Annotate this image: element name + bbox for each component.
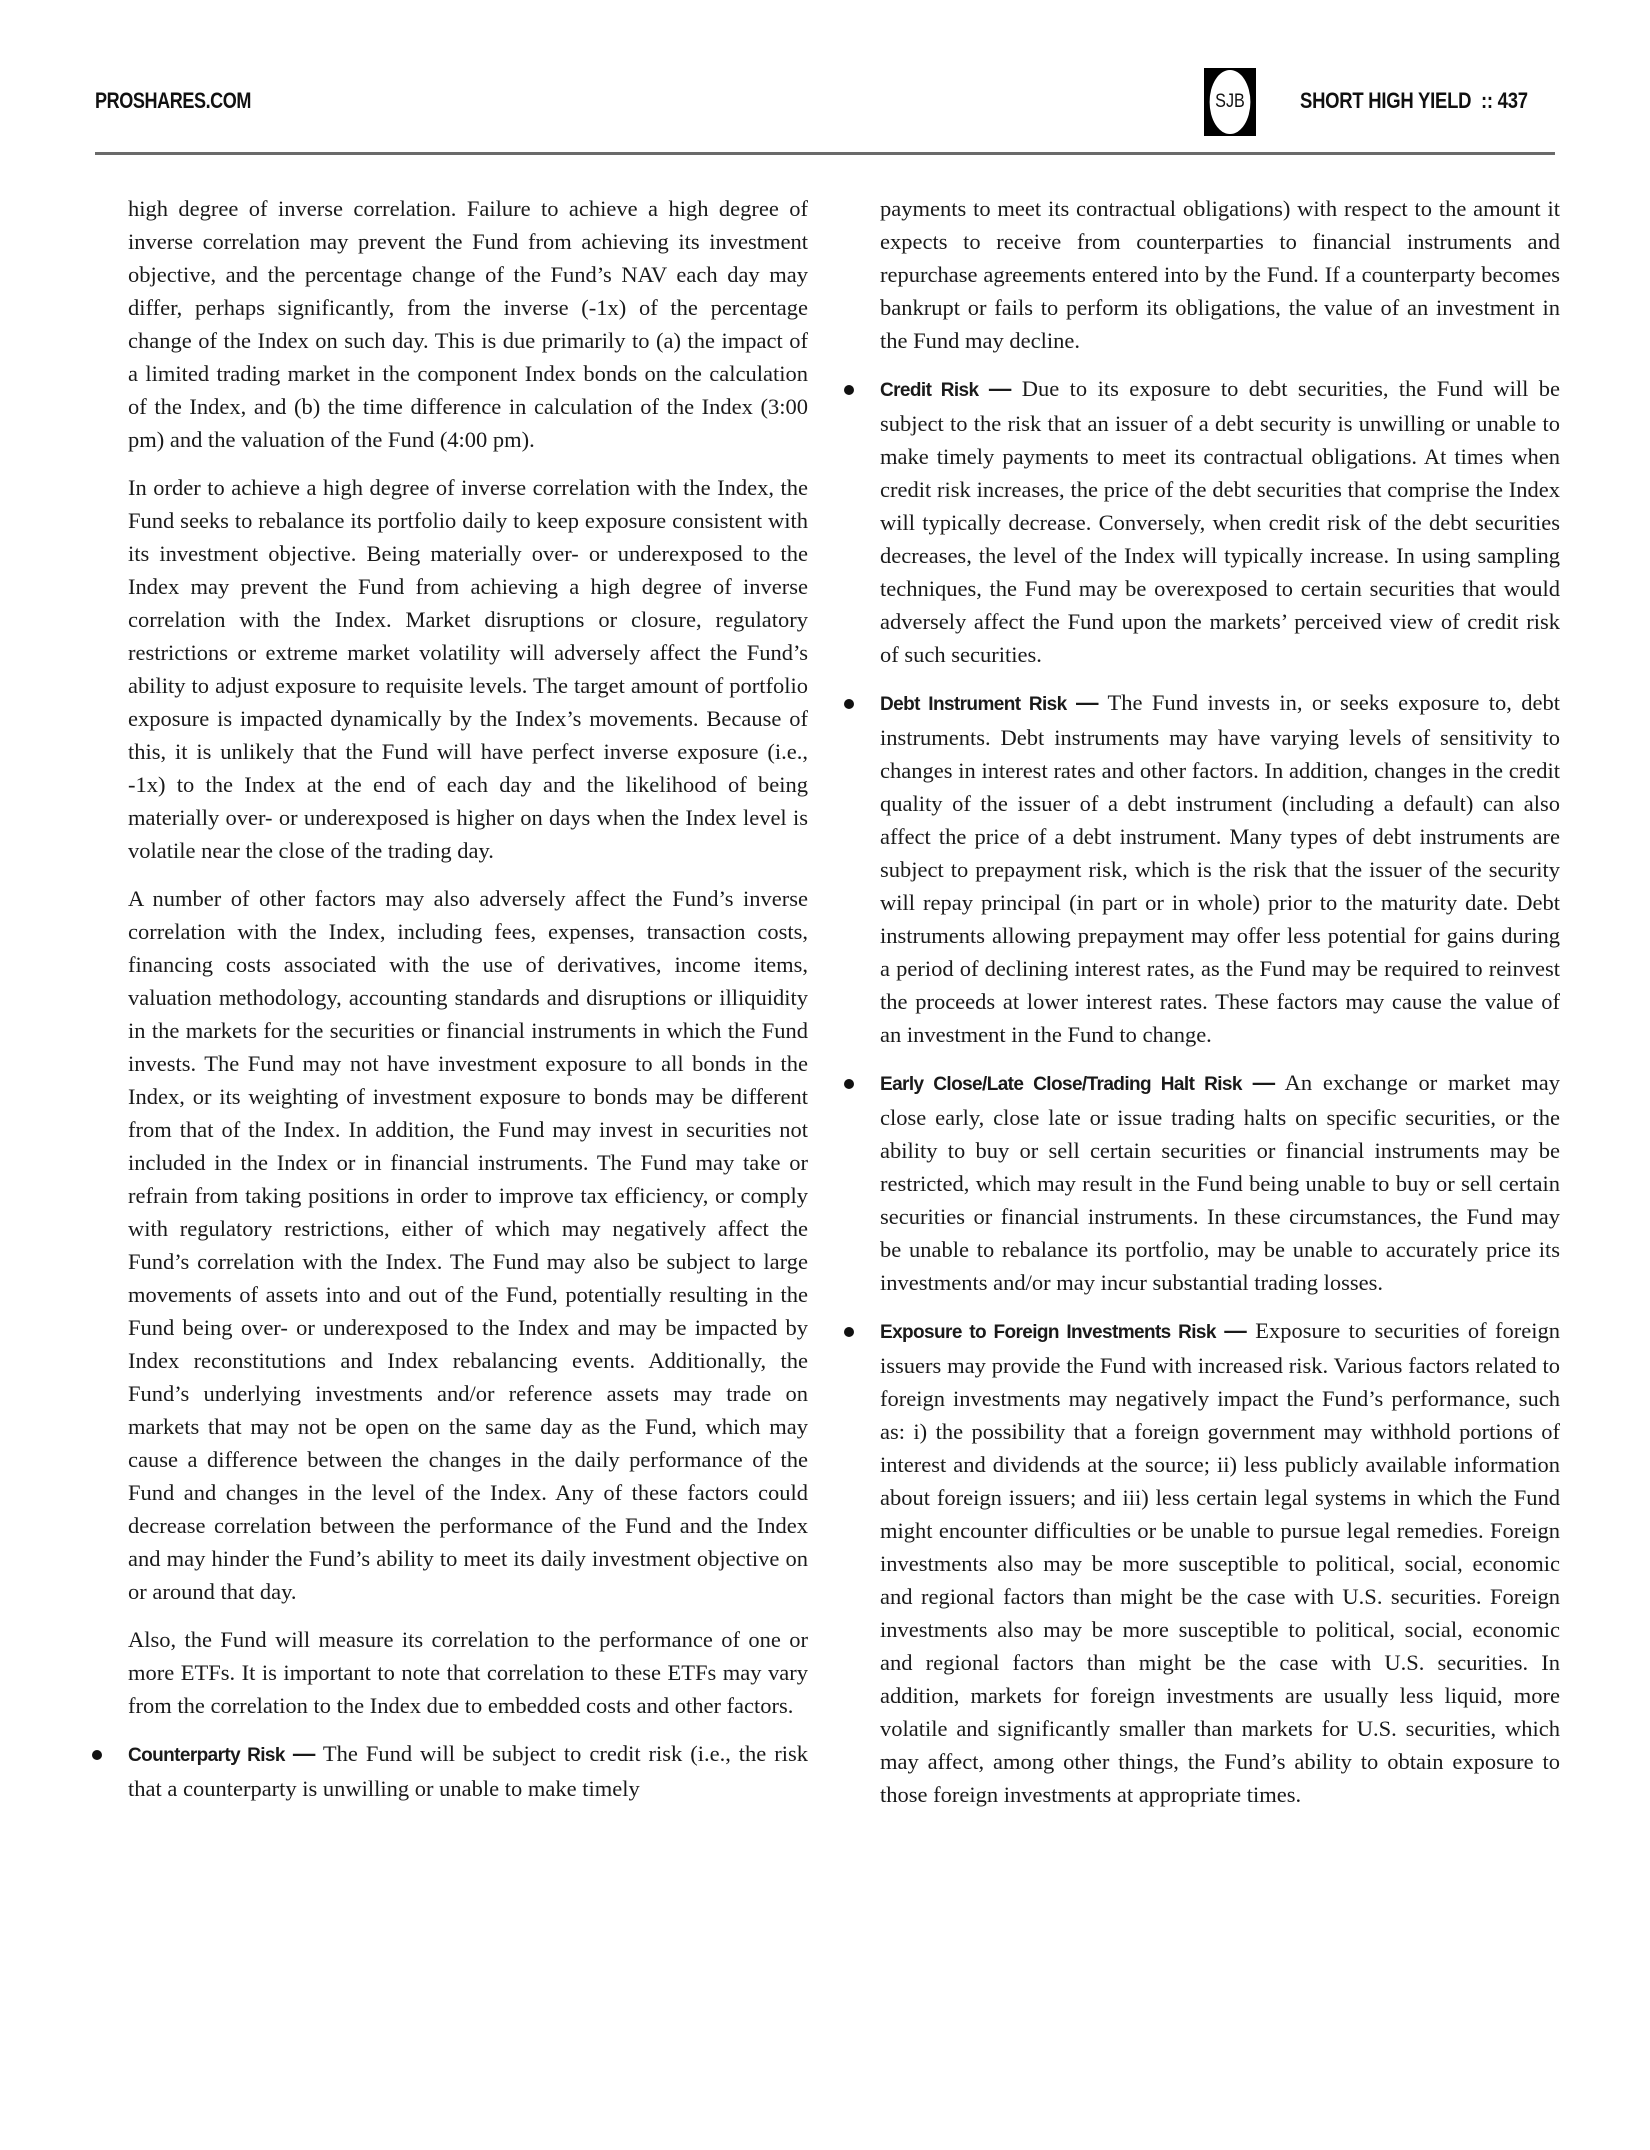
em-dash: — <box>989 376 1012 401</box>
page-number: 437 <box>1498 88 1528 113</box>
left-column: high degree of inverse correlation. Fail… <box>128 192 808 1820</box>
risk-label: Early Close/Late Close/Trading Halt Risk <box>880 1074 1242 1095</box>
risk-label: Credit Risk <box>880 380 978 401</box>
risk-label: Debt Instrument Risk <box>880 694 1067 715</box>
header-divider <box>95 152 1555 155</box>
risk-label: Exposure to Foreign Investments Risk <box>880 1322 1216 1343</box>
ticker-badge: SJB <box>1204 68 1256 136</box>
em-dash: — <box>293 1741 316 1766</box>
paragraph: high degree of inverse correlation. Fail… <box>128 192 808 456</box>
risk-text: Due to its exposure to debt securities, … <box>880 376 1560 667</box>
risk-text: Exposure to securities of foreign issuer… <box>880 1318 1560 1807</box>
em-dash: — <box>1253 1070 1276 1095</box>
paragraph: A number of other factors may also adver… <box>128 882 808 1608</box>
risk-bullet-counterparty: Counterparty Risk — The Fund will be sub… <box>128 1737 808 1805</box>
bullet-icon <box>844 385 854 395</box>
risk-text: An exchange or market may close early, c… <box>880 1070 1560 1295</box>
risk-bullet-foreign-investments: Exposure to Foreign Investments Risk — E… <box>880 1314 1560 1811</box>
risk-bullet-debt-instrument: Debt Instrument Risk — The Fund invests … <box>880 686 1560 1051</box>
risk-bullet-credit: Credit Risk — Due to its exposure to deb… <box>880 372 1560 671</box>
paragraph: Also, the Fund will measure its correlat… <box>128 1623 808 1722</box>
right-column: payments to meet its contractual obligat… <box>880 192 1560 1826</box>
em-dash: — <box>1076 690 1099 715</box>
fund-name: SHORT HIGH YIELD <box>1300 88 1471 113</box>
bullet-icon <box>92 1750 102 1760</box>
risk-label: Counterparty Risk <box>128 1745 285 1766</box>
bullet-icon <box>844 699 854 709</box>
paragraph: In order to achieve a high degree of inv… <box>128 471 808 867</box>
bullet-icon <box>844 1327 854 1337</box>
site-name: PROSHARES.COM <box>95 88 251 114</box>
page-header: PROSHARES.COM SJB SHORT HIGH YIELD :: 43… <box>0 0 1650 160</box>
title-separator: :: <box>1481 88 1493 113</box>
fund-title: SHORT HIGH YIELD :: 437 <box>1300 88 1528 114</box>
continuation-paragraph: payments to meet its contractual obligat… <box>880 192 1560 357</box>
risk-bullet-early-close: Early Close/Late Close/Trading Halt Risk… <box>880 1066 1560 1299</box>
em-dash: — <box>1224 1318 1247 1343</box>
bullet-icon <box>844 1079 854 1089</box>
ticker-badge-label: SJB <box>1210 70 1251 134</box>
risk-text: The Fund invests in, or seeks exposure t… <box>880 690 1560 1047</box>
